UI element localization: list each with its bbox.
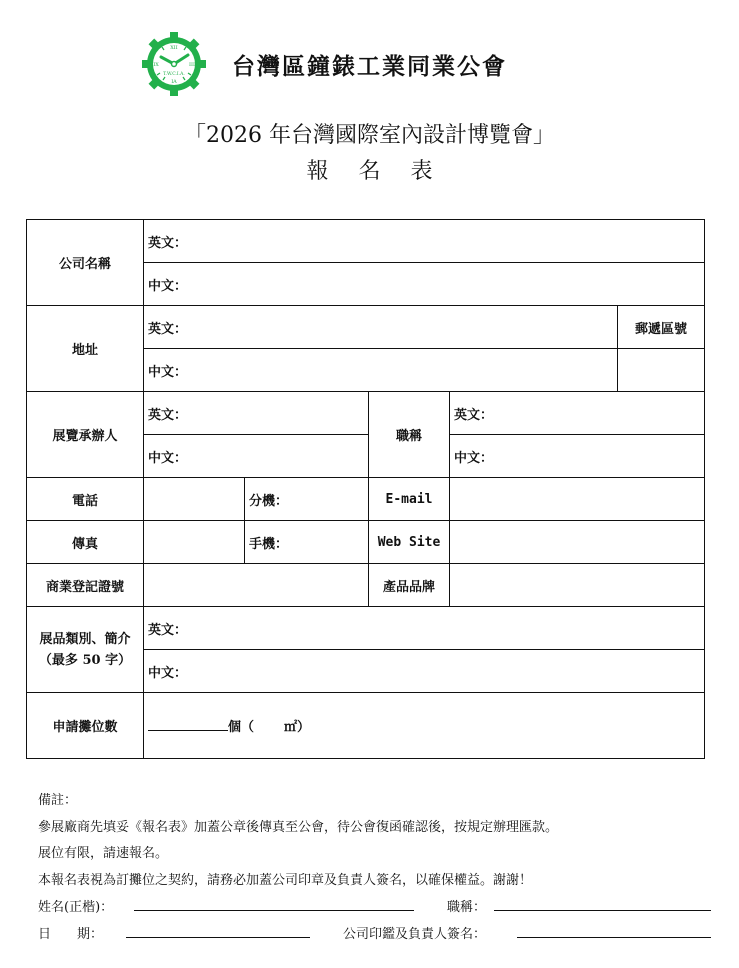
document-title: 「2026 年台灣國際室內設計博覽會」 xyxy=(0,118,739,149)
product-brand-field[interactable] xyxy=(450,564,705,607)
note-line: 參展廠商先填妥《報名表》加蓋公章後傳真至公會，待公會復函確認後，按規定辦理匯款。 xyxy=(38,815,558,842)
company-name-zh-field[interactable]: 中文： xyxy=(144,263,705,306)
company-seal-label: 公司印鑑及負責人簽名： xyxy=(343,923,486,942)
website-field[interactable] xyxy=(450,521,705,564)
business-registration-label: 商業登記證號 xyxy=(27,564,144,607)
signer-name-line[interactable] xyxy=(134,910,414,911)
svg-text:IX: IX xyxy=(153,62,159,68)
date-label: 日 期： xyxy=(38,923,103,942)
registration-form-table: 公司名稱 英文： 中文： 地址 英文： 郵遞區號 中文： 展覽承辦人 英文： 職… xyxy=(26,219,705,759)
contact-en-label: 英文： xyxy=(148,408,187,423)
company-seal-line[interactable] xyxy=(517,937,711,938)
postal-code-field[interactable] xyxy=(618,349,705,392)
booth-unit-label: 個（ xyxy=(228,720,254,735)
signer-title-label: 職稱： xyxy=(447,896,486,915)
business-registration-field[interactable] xyxy=(144,564,369,607)
document-subtitle: 報名表 xyxy=(0,154,739,185)
twcia-clock-gear-logo-icon: XII III IX T.W.C.I.A. IA xyxy=(141,31,207,97)
signer-title-line[interactable] xyxy=(494,910,711,911)
svg-text:III: III xyxy=(189,62,195,68)
company-name-zh-label: 中文： xyxy=(148,279,187,294)
booth-count-field[interactable]: 個（㎡） xyxy=(144,693,705,759)
fax-label: 傳真 xyxy=(27,521,144,564)
mobile-label: 手機： xyxy=(249,537,288,552)
address-zh-label: 中文： xyxy=(148,365,187,380)
organization-name: 台灣區鐘錶工業同業公會 xyxy=(232,48,507,81)
job-title-en-label: 英文： xyxy=(454,408,493,423)
postal-code-label: 郵遞區號 xyxy=(618,306,705,349)
phone-label: 電話 xyxy=(27,478,144,521)
company-name-en-field[interactable]: 英文： xyxy=(144,220,705,263)
extension-field[interactable]: 分機： xyxy=(245,478,369,521)
address-en-field[interactable]: 英文： xyxy=(144,306,618,349)
svg-text:T.W.C.I.A.: T.W.C.I.A. xyxy=(163,71,185,77)
job-title-zh-field[interactable]: 中文： xyxy=(450,435,705,478)
company-name-label: 公司名稱 xyxy=(27,220,144,306)
website-label: Web Site xyxy=(369,521,450,564)
contact-zh-label: 中文： xyxy=(148,451,187,466)
address-en-label: 英文： xyxy=(148,322,187,337)
address-label: 地址 xyxy=(27,306,144,392)
product-en-label: 英文： xyxy=(148,623,187,638)
email-label: E-mail xyxy=(369,478,450,521)
product-en-field[interactable]: 英文： xyxy=(144,607,705,650)
company-name-en-label: 英文： xyxy=(148,236,187,251)
booth-count-label: 申請攤位數 xyxy=(27,693,144,759)
job-title-en-field[interactable]: 英文： xyxy=(450,392,705,435)
phone-field[interactable] xyxy=(144,478,245,521)
document-header: XII III IX T.W.C.I.A. IA 台灣區鐘錶工業同業公會 xyxy=(0,0,739,100)
job-title-label: 職稱 xyxy=(369,392,450,478)
product-category-label-line1: 展品類別、簡介 xyxy=(27,629,143,650)
booth-area-unit-label: ㎡） xyxy=(284,720,310,735)
product-zh-label: 中文： xyxy=(148,666,187,681)
fax-field[interactable] xyxy=(144,521,245,564)
product-brand-label: 產品品牌 xyxy=(369,564,450,607)
booth-count-blank[interactable] xyxy=(148,718,228,731)
product-category-label-line2: （最多 50 字） xyxy=(27,650,143,671)
notes-heading: 備註： xyxy=(38,788,558,815)
contact-en-field[interactable]: 英文： xyxy=(144,392,369,435)
notes-section: 備註： 參展廠商先填妥《報名表》加蓋公章後傳真至公會，待公會復函確認後，按規定辦… xyxy=(38,788,558,894)
contact-zh-field[interactable]: 中文： xyxy=(144,435,369,478)
product-zh-field[interactable]: 中文： xyxy=(144,650,705,693)
svg-text:IA: IA xyxy=(171,79,177,85)
note-line: 本報名表視為訂攤位之契約，請務必加蓋公司印章及負責人簽名，以確保權益。謝謝！ xyxy=(38,868,558,895)
email-field[interactable] xyxy=(450,478,705,521)
mobile-field[interactable]: 手機： xyxy=(245,521,369,564)
date-line[interactable] xyxy=(126,937,310,938)
job-title-zh-label: 中文： xyxy=(454,451,493,466)
signer-name-label: 姓名(正楷)： xyxy=(38,896,113,915)
address-zh-field[interactable]: 中文： xyxy=(144,349,618,392)
contact-person-label: 展覽承辦人 xyxy=(27,392,144,478)
svg-text:XII: XII xyxy=(170,45,178,51)
note-line: 展位有限，請速報名。 xyxy=(38,841,558,868)
extension-label: 分機： xyxy=(249,494,288,509)
product-category-label: 展品類別、簡介 （最多 50 字） xyxy=(27,607,144,693)
